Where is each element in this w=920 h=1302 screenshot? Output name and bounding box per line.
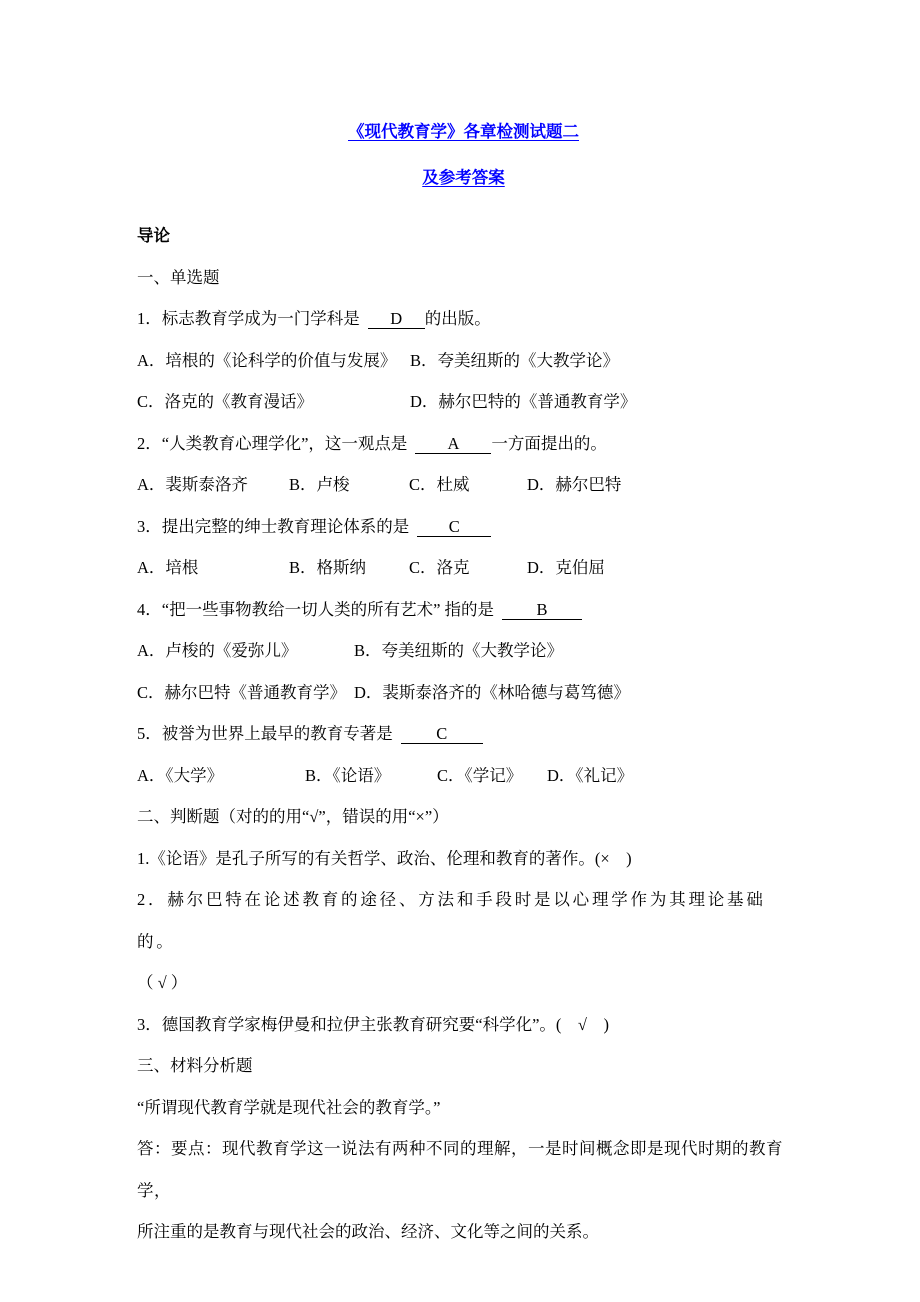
- tf-item-1: 1.《论语》是孔子所写的有关哲学、政治、伦理和教育的著作。(× ): [137, 838, 790, 880]
- mcq-q1-stem: 1．标志教育学成为一门学科是D的出版。: [137, 298, 790, 340]
- tf-section-heading: 二、判断题（对的的用“√”，错误的用“×”）: [137, 796, 790, 838]
- q4-stem-pre: 4．“把一些事物教给一切人类的所有艺术” 指的是: [137, 600, 494, 619]
- mcq-q5-stem: 5．被誉为世界上最早的教育专著是C: [137, 713, 790, 755]
- q2-option-a: A．裴斯泰洛齐: [137, 464, 289, 506]
- doc-title: 《现代教育学》各章检测试题二: [137, 109, 790, 155]
- q5-option-a: A．《大学》: [137, 755, 305, 797]
- analysis-answer-line2: 所注重的是教育与现代社会的政治、经济、文化等之间的关系。: [137, 1211, 790, 1253]
- analysis-quote: “所谓现代教育学就是现代社会的教育学。”: [137, 1087, 790, 1129]
- document-page: 《现代教育学》各章检测试题二 及参考答案 导论 一、单选题 1．标志教育学成为一…: [0, 0, 920, 1302]
- analysis-answer-line1: 答：要点：现代教育学这一说法有两种不同的理解，一是时间概念即是现代时期的教育学，: [137, 1128, 790, 1211]
- tf-item-3: 3．德国教育学家梅伊曼和拉伊主张教育研究要“科学化”。( √ ): [137, 1004, 790, 1046]
- mcq-q5-options-row1: A．《大学》B．《论语》C．《学记》D．《礼记》: [137, 755, 790, 797]
- q2-option-c: C．杜威: [409, 464, 527, 506]
- q3-option-d: D．克伯屈: [527, 547, 605, 589]
- mcq-q2-options-row1: A．裴斯泰洛齐B．卢梭C．杜威D．赫尔巴特: [137, 464, 790, 506]
- q1-option-b: B．夸美纽斯的《大教学论》: [410, 340, 619, 382]
- doc-subtitle: 及参考答案: [137, 155, 790, 201]
- intro-heading: 导论: [137, 215, 790, 257]
- doc-title-link-line1[interactable]: 《现代教育学》各章检测试题二: [348, 122, 579, 141]
- tf-item-2-answer: （ √ ）: [137, 962, 790, 1004]
- q3-option-b: B．格斯纳: [289, 547, 409, 589]
- q1-stem-post: 的出版。: [425, 309, 491, 328]
- tf-item-2: 2．赫尔巴特在论述教育的途径、方法和手段时是以心理学作为其理论基础的。: [137, 879, 790, 962]
- mcq-q4-stem: 4．“把一些事物教给一切人类的所有艺术” 指的是B: [137, 589, 790, 631]
- q5-option-b: B．《论语》: [305, 755, 437, 797]
- analysis-section-heading: 三、材料分析题: [137, 1045, 790, 1087]
- mcq-q4-options-row1: A．卢梭的《爱弥儿》B．夸美纽斯的《大教学论》: [137, 630, 790, 672]
- q4-option-a: A．卢梭的《爱弥儿》: [137, 630, 354, 672]
- q5-option-c: C．《学记》: [437, 755, 547, 797]
- mcq-q1-options-row2: C．洛克的《教育漫话》D．赫尔巴特的《普通教育学》: [137, 381, 790, 423]
- q1-option-c: C．洛克的《教育漫话》: [137, 381, 410, 423]
- doc-title-link-line2[interactable]: 及参考答案: [422, 168, 505, 187]
- q5-answer-blank: C: [401, 724, 483, 744]
- q2-answer-blank: A: [415, 434, 491, 454]
- q1-stem-pre: 1．标志教育学成为一门学科是: [137, 309, 360, 328]
- mcq-q2-stem: 2．“人类教育心理学化”，这一观点是A一方面提出的。: [137, 423, 790, 465]
- q5-option-d: D．《礼记》: [547, 755, 633, 797]
- q2-option-d: D．赫尔巴特: [527, 464, 621, 506]
- mcq-q1-options-row1: A．培根的《论科学的价值与发展》B．夸美纽斯的《大教学论》: [137, 340, 790, 382]
- q5-stem-pre: 5．被誉为世界上最早的教育专著是: [137, 724, 393, 743]
- q3-answer-blank: C: [417, 517, 491, 537]
- mcq-q4-options-row2: C．赫尔巴特《普通教育学》D．裴斯泰洛齐的《林哈德与葛笃德》: [137, 672, 790, 714]
- q2-option-b: B．卢梭: [289, 464, 409, 506]
- q4-option-b: B．夸美纽斯的《大教学论》: [354, 630, 563, 672]
- q4-option-d: D．裴斯泰洛齐的《林哈德与葛笃德》: [354, 672, 630, 714]
- q4-option-c: C．赫尔巴特《普通教育学》: [137, 672, 354, 714]
- mcq-section-heading: 一、单选题: [137, 257, 790, 299]
- q1-option-d: D．赫尔巴特的《普通教育学》: [410, 381, 636, 423]
- mcq-q3-options-row1: A．培根B．格斯纳C．洛克D．克伯屈: [137, 547, 790, 589]
- q3-option-c: C．洛克: [409, 547, 527, 589]
- q4-answer-blank: B: [502, 600, 582, 620]
- q2-stem-post: 一方面提出的。: [491, 434, 607, 453]
- q1-option-a: A．培根的《论科学的价值与发展》: [137, 340, 410, 382]
- q1-answer-blank: D: [368, 309, 425, 329]
- q3-stem-pre: 3．提出完整的绅士教育理论体系的是: [137, 517, 409, 536]
- q3-option-a: A．培根: [137, 547, 289, 589]
- document-body: 导论 一、单选题 1．标志教育学成为一门学科是D的出版。 A．培根的《论科学的价…: [137, 215, 790, 1253]
- q2-stem-pre: 2．“人类教育心理学化”，这一观点是: [137, 434, 407, 453]
- mcq-q3-stem: 3．提出完整的绅士教育理论体系的是C: [137, 506, 790, 548]
